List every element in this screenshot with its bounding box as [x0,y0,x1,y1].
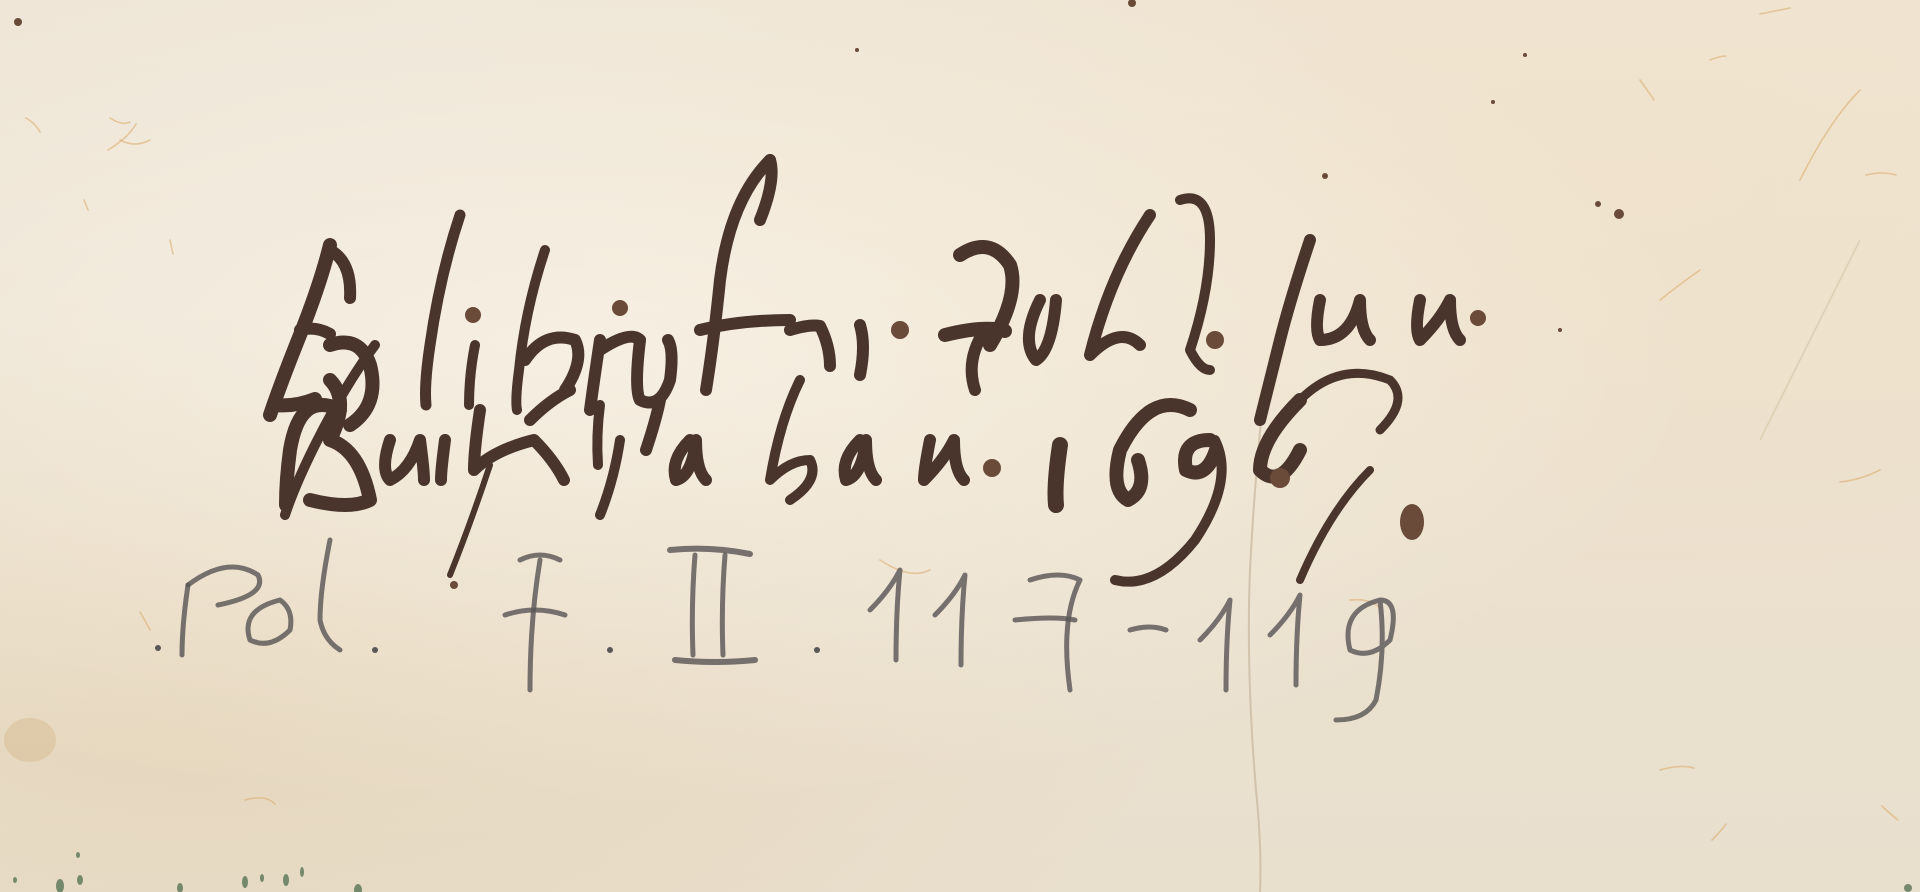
shelfmark-strokes [155,540,1393,720]
pencil-shelfmark [0,0,1920,892]
paper-sheet: Ex libris Fri. Zabl. jun. Bertsi, ab an.… [0,0,1920,892]
